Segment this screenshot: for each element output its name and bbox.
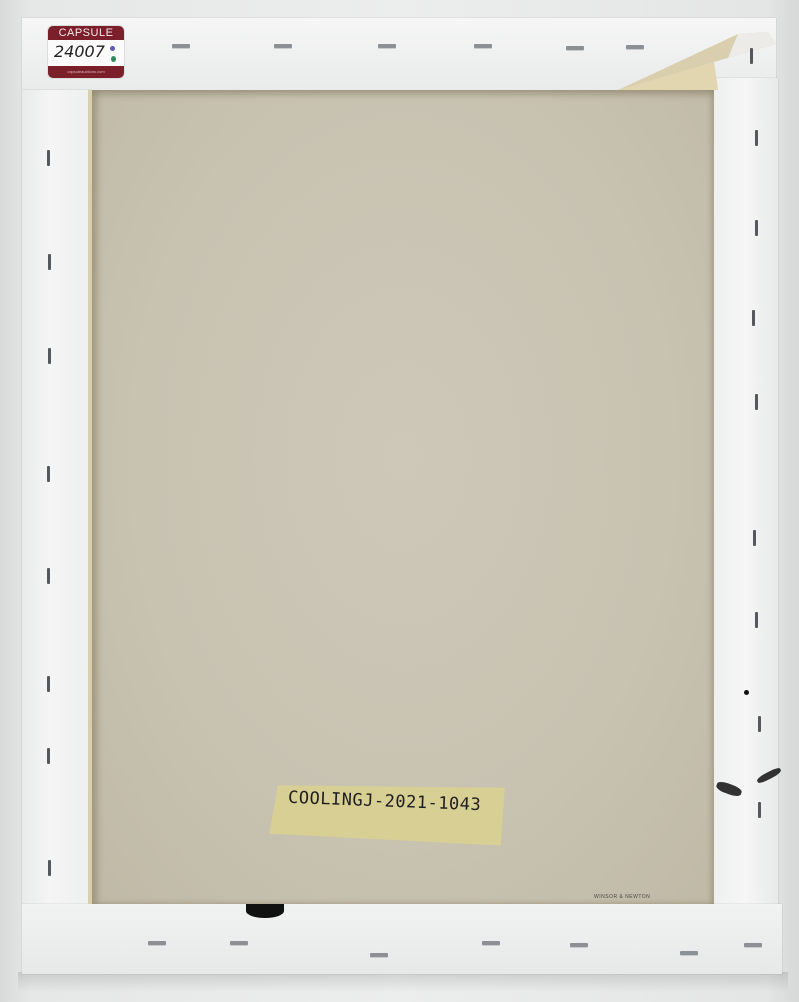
staple bbox=[753, 530, 756, 546]
staple bbox=[755, 612, 758, 628]
auction-url: capsuleauctions.com bbox=[48, 66, 124, 78]
staple bbox=[755, 130, 758, 146]
folded-canvas-corner bbox=[618, 30, 778, 92]
staple bbox=[755, 394, 758, 410]
stretcher-bar-left bbox=[22, 90, 92, 904]
stretcher-bar-right bbox=[712, 78, 778, 904]
staple bbox=[47, 568, 50, 584]
staple bbox=[274, 44, 292, 48]
paint-mark bbox=[246, 904, 284, 918]
staple bbox=[680, 951, 698, 955]
staple bbox=[482, 941, 500, 945]
auction-brand: CAPSULE bbox=[48, 26, 124, 40]
staple bbox=[48, 860, 51, 876]
staple bbox=[570, 943, 588, 947]
auction-lot-label: CAPSULE 24007 capsuleauctions.com bbox=[48, 26, 124, 78]
manufacturer-stamp: WINSOR & NEWTON bbox=[594, 894, 650, 900]
staple bbox=[47, 466, 50, 482]
staple bbox=[48, 254, 51, 270]
staple bbox=[744, 943, 762, 947]
staple bbox=[566, 46, 584, 50]
staple bbox=[758, 802, 761, 818]
staple bbox=[626, 45, 644, 49]
staple bbox=[172, 44, 190, 48]
staple bbox=[755, 220, 758, 236]
staple bbox=[752, 310, 755, 326]
stretcher-bar-bottom bbox=[22, 904, 782, 974]
staple bbox=[378, 44, 396, 48]
staple bbox=[47, 150, 50, 166]
paint-mark bbox=[744, 690, 749, 695]
staple bbox=[230, 941, 248, 945]
staple bbox=[370, 953, 388, 957]
staple bbox=[47, 676, 50, 692]
staple bbox=[758, 716, 761, 732]
staple bbox=[474, 44, 492, 48]
staple bbox=[750, 48, 753, 64]
staple bbox=[148, 941, 166, 945]
staple bbox=[48, 348, 51, 364]
blue-dot-sticker bbox=[110, 46, 115, 51]
canvas-back bbox=[92, 90, 714, 904]
staple bbox=[47, 748, 50, 764]
green-dot-sticker bbox=[111, 56, 116, 62]
